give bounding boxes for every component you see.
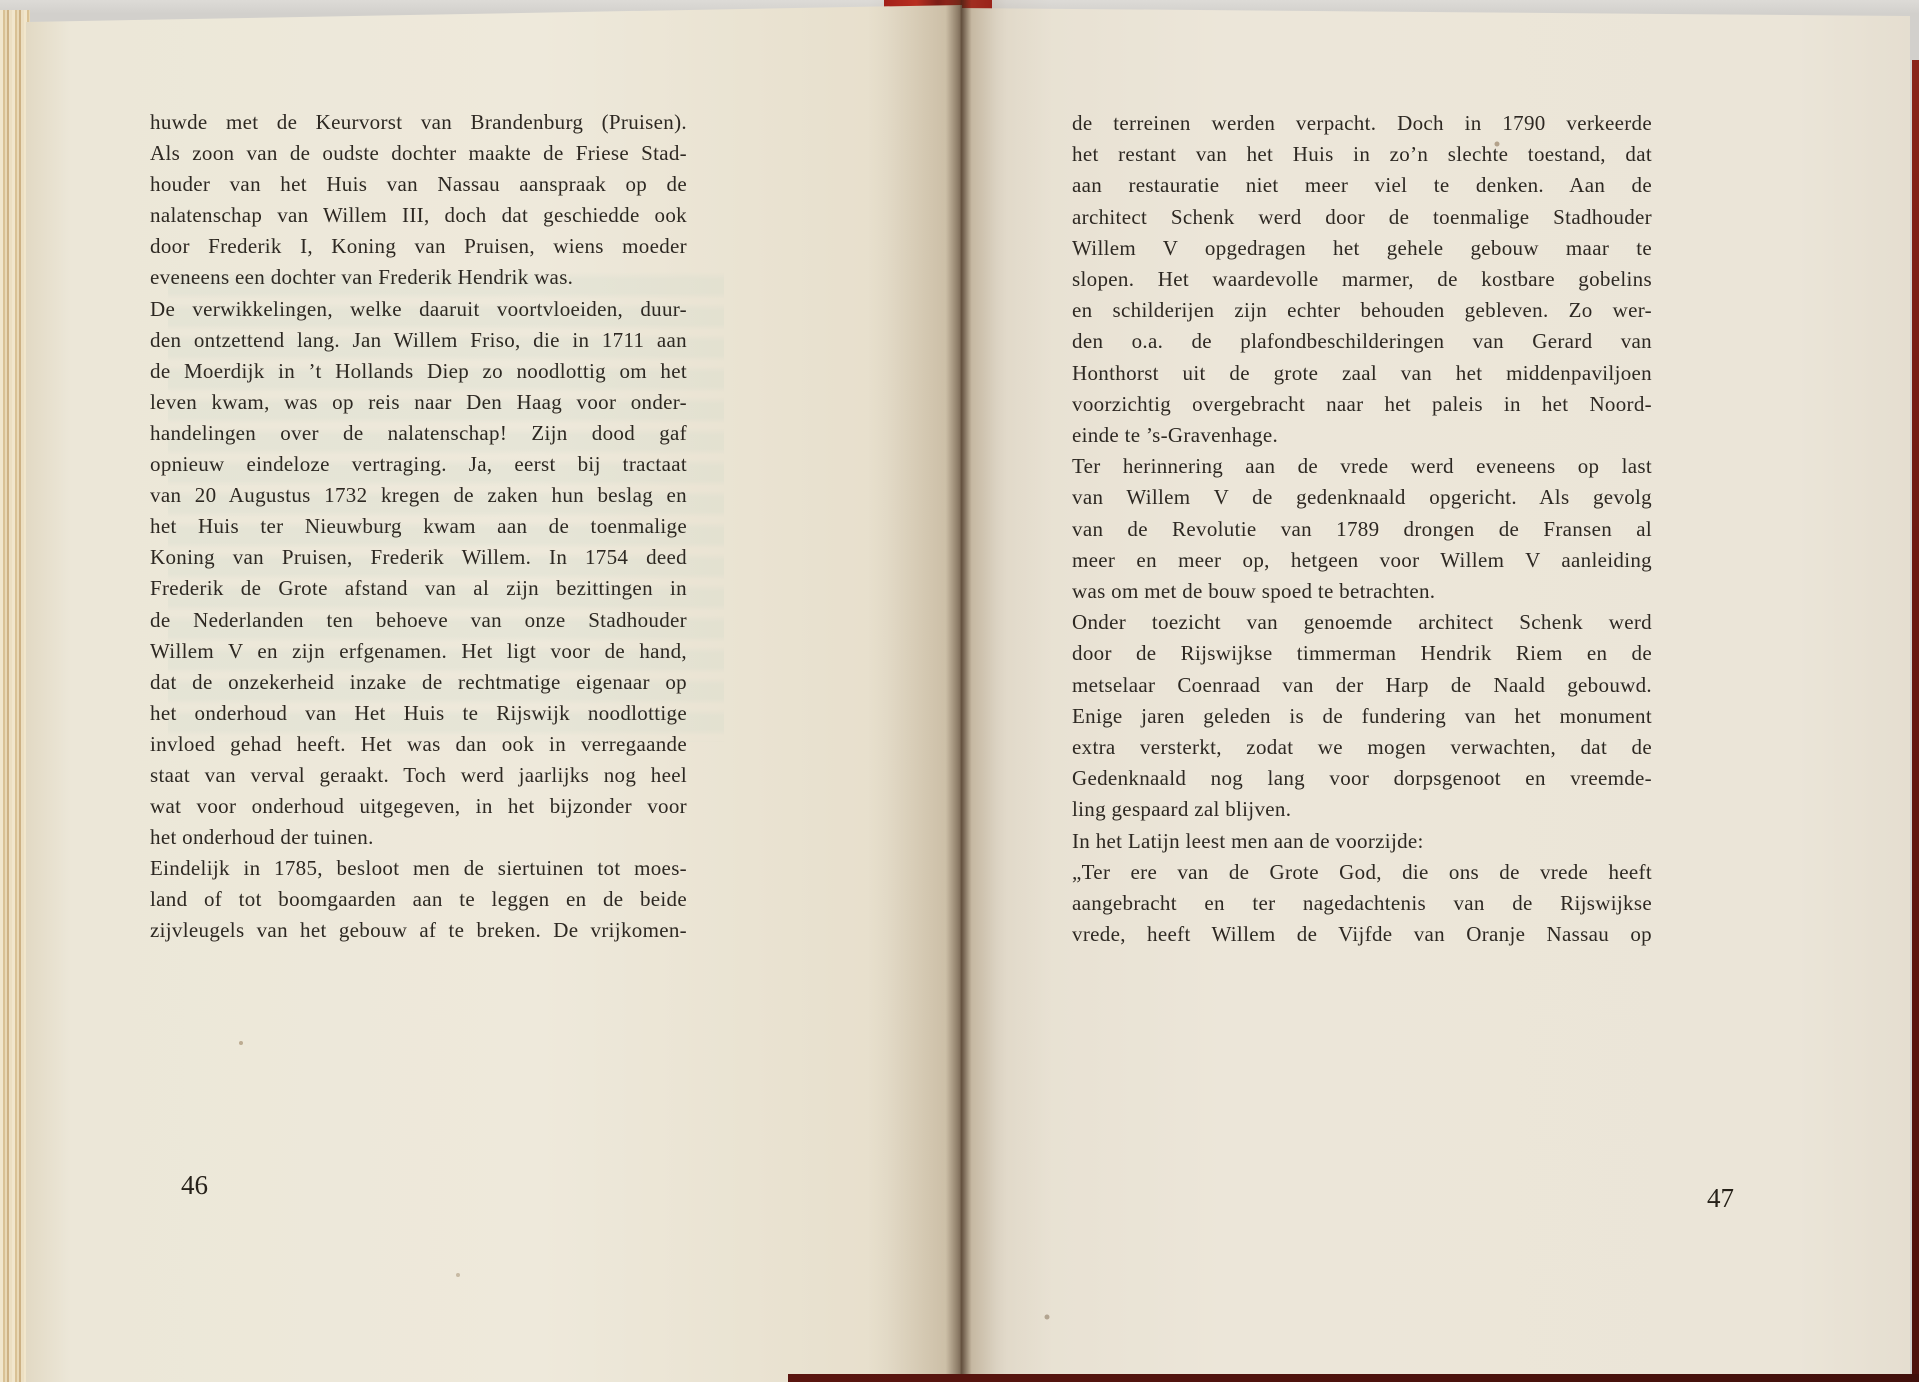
text-line: wat voor onderhoud uitgegeven, in het bi… bbox=[150, 791, 687, 822]
text-line: het Huis ter Nieuwburg kwam aan de toenm… bbox=[150, 511, 687, 542]
text-line: Ter herinnering aan de vrede werd evenee… bbox=[1072, 451, 1652, 482]
page-number-right: 47 bbox=[1707, 1183, 1734, 1214]
text-line: de Nederlanden ten behoeve van onze Stad… bbox=[150, 605, 687, 636]
text-line: aangebracht en ter nagedachtenis van de … bbox=[1072, 888, 1652, 919]
text-line: de Moerdijk in ’t Hollands Diep zo noodl… bbox=[150, 356, 687, 387]
text-line: metselaar Coenraad van der Harp de Naald… bbox=[1072, 670, 1652, 701]
text-line: den ontzettend lang. Jan Willem Friso, d… bbox=[150, 325, 687, 356]
text-line: nalatenschap van Willem III, doch dat ge… bbox=[150, 200, 687, 231]
text-line: Willem V opgedragen het gehele gebouw ma… bbox=[1072, 233, 1652, 264]
text-line: het restant van het Huis in zo’n slechte… bbox=[1072, 139, 1652, 170]
text-line: was om met de bouw spoed te betrachten. bbox=[1072, 576, 1652, 607]
text-line: Onder toezicht van genoemde architect Sc… bbox=[1072, 607, 1652, 638]
paper-specks bbox=[0, 0, 2, 2]
page-right-text-column: de terreinen werden verpacht. Doch in 17… bbox=[1072, 108, 1652, 950]
text-line: door Frederik I, Koning van Pruisen, wie… bbox=[150, 231, 687, 262]
fore-edge-pages-left bbox=[0, 10, 30, 1382]
text-line: Frederik de Grote afstand van al zijn be… bbox=[150, 573, 687, 604]
text-line: leven kwam, was op reis naar Den Haag vo… bbox=[150, 387, 687, 418]
text-line: het onderhoud der tuinen. bbox=[150, 822, 687, 853]
page-left-text-column: huwde met de Keurvorst van Brandenburg (… bbox=[150, 107, 687, 947]
text-line: meer en meer op, hetgeen voor Willem V a… bbox=[1072, 545, 1652, 576]
text-line: slopen. Het waardevolle marmer, de kostb… bbox=[1072, 264, 1652, 295]
text-line: houder van het Huis van Nassau aanspraak… bbox=[150, 169, 687, 200]
page-number-left: 46 bbox=[181, 1170, 208, 1201]
text-line: De verwikkelingen, welke daaruit voortvl… bbox=[150, 294, 687, 325]
text-line: de terreinen werden verpacht. Doch in 17… bbox=[1072, 108, 1652, 139]
text-line: invloed gehad heeft. Het was dan ook in … bbox=[150, 729, 687, 760]
text-line: In het Latijn leest men aan de voorzijde… bbox=[1072, 826, 1652, 857]
text-line: architect Schenk werd door de toenmalige… bbox=[1072, 202, 1652, 233]
text-line: door de Rijswijkse timmerman Hendrik Rie… bbox=[1072, 638, 1652, 669]
text-line: land of tot boomgaarden aan te leggen en… bbox=[150, 884, 687, 915]
text-line: vrede, heeft Willem de Vijfde van Oranje… bbox=[1072, 919, 1652, 950]
text-line: staat van verval geraakt. Toch werd jaar… bbox=[150, 760, 687, 791]
text-line: Willem V en zijn erfgenamen. Het ligt vo… bbox=[150, 636, 687, 667]
text-line: einde te ’s-Gravenhage. bbox=[1072, 420, 1652, 451]
text-line: huwde met de Keurvorst van Brandenburg (… bbox=[150, 107, 687, 138]
text-line: het onderhoud van Het Huis te Rijswijk n… bbox=[150, 698, 687, 729]
text-line: van de Revolutie van 1789 drongen de Fra… bbox=[1072, 514, 1652, 545]
text-line: van 20 Augustus 1732 kregen de zaken hun… bbox=[150, 480, 687, 511]
text-line: ling gespaard zal blijven. bbox=[1072, 794, 1652, 825]
text-line: Eindelijk in 1785, besloot men de siertu… bbox=[150, 853, 687, 884]
text-line: den o.a. de plafondbeschilderingen van G… bbox=[1072, 326, 1652, 357]
text-line: dat de onzekerheid inzake de rechtmatige… bbox=[150, 667, 687, 698]
text-line: „Ter ere van de Grote God, die ons de vr… bbox=[1072, 857, 1652, 888]
text-line: extra versterkt, zodat we mogen verwacht… bbox=[1072, 732, 1652, 763]
book-scan: huwde met de Keurvorst van Brandenburg (… bbox=[0, 0, 1919, 1382]
text-line: zijvleugels van het gebouw af te breken.… bbox=[150, 915, 687, 946]
red-cover-bottom-edge bbox=[788, 1374, 1919, 1382]
text-line: handelingen over de nalatenschap! Zijn d… bbox=[150, 418, 687, 449]
text-line: eveneens een dochter van Frederik Hendri… bbox=[150, 262, 687, 293]
text-line: opnieuw eindeloze vertraging. Ja, eerst … bbox=[150, 449, 687, 480]
red-cover-right-edge bbox=[1912, 60, 1919, 1382]
text-line: van Willem V de gedenknaald opgericht. A… bbox=[1072, 482, 1652, 513]
text-line: en schilderijen zijn echter behouden geb… bbox=[1072, 295, 1652, 326]
text-line: Honthorst uit de grote zaal van het midd… bbox=[1072, 358, 1652, 389]
text-line: aan restauratie niet meer viel te denken… bbox=[1072, 170, 1652, 201]
text-line: Als zoon van de oudste dochter maakte de… bbox=[150, 138, 687, 169]
text-line: Gedenknaald nog lang voor dorpsgenoot en… bbox=[1072, 763, 1652, 794]
text-line: voorzichtig overgebracht naar het paleis… bbox=[1072, 389, 1652, 420]
text-line: Koning van Pruisen, Frederik Willem. In … bbox=[150, 542, 687, 573]
text-line: Enige jaren geleden is de fundering van … bbox=[1072, 701, 1652, 732]
